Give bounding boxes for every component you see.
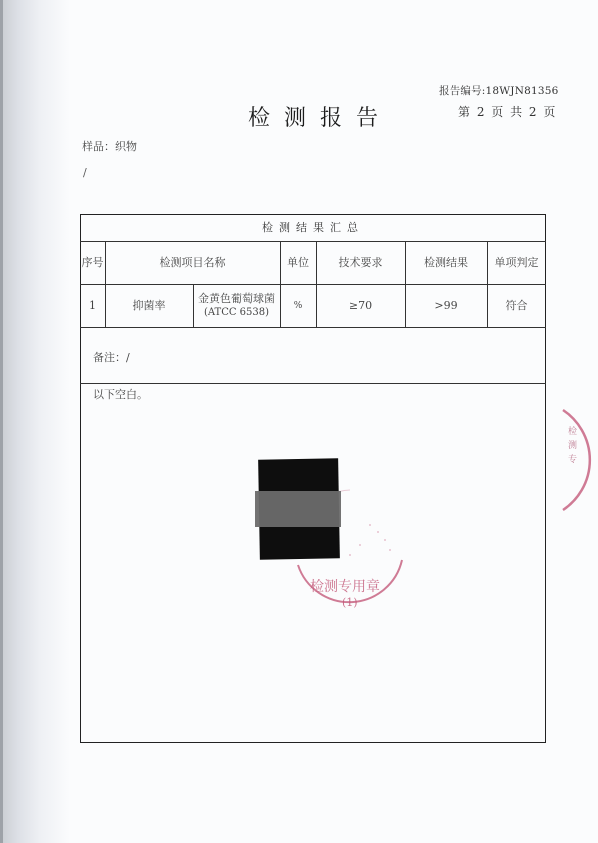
scan-page-edge [0, 0, 3, 843]
row-result: >99 [405, 284, 487, 327]
sample-line2: / [83, 166, 87, 179]
col-header-item: 检测项目名称 [105, 241, 280, 284]
side-stamp-text: 检测专 [568, 425, 580, 467]
table-rule [80, 327, 546, 328]
table-rule [80, 383, 546, 384]
col-header-result: 检测结果 [405, 241, 487, 284]
col-header-unit: 单位 [280, 241, 316, 284]
page-indicator: 第 2 页 共 2 页 [458, 103, 555, 120]
col-header-index: 序号 [80, 241, 105, 284]
redaction-band [255, 491, 341, 527]
col-header-requirement: 技术要求 [316, 241, 405, 284]
stamp-text: 检测专用章 [310, 576, 380, 596]
row-item: 抑菌率 [105, 284, 193, 327]
page-title: 检测报告 [248, 101, 392, 132]
sample-label: 样品：织物 [82, 138, 137, 154]
row-requirement: ≥70 [316, 284, 405, 327]
row-organism-name: 金黄色葡萄球菌 [198, 292, 275, 306]
table-title: 检测结果汇总 [80, 214, 546, 241]
row-verdict: 符合 [487, 284, 546, 327]
row-unit: % [280, 284, 316, 327]
row-organism-strain: (ATCC 6538) [204, 306, 269, 320]
row-organism: 金黄色葡萄球菌 (ATCC 6538) [193, 284, 280, 327]
row-index: 1 [80, 284, 105, 327]
blank-note: 以下空白。 [93, 386, 148, 402]
col-header-verdict: 单项判定 [487, 241, 546, 284]
scan-page-shadow [0, 0, 70, 843]
stamp-number: (1) [342, 596, 358, 609]
report-number: 报告编号:18WJN81356 [439, 83, 559, 98]
remarks: 备注：/ [93, 349, 130, 365]
